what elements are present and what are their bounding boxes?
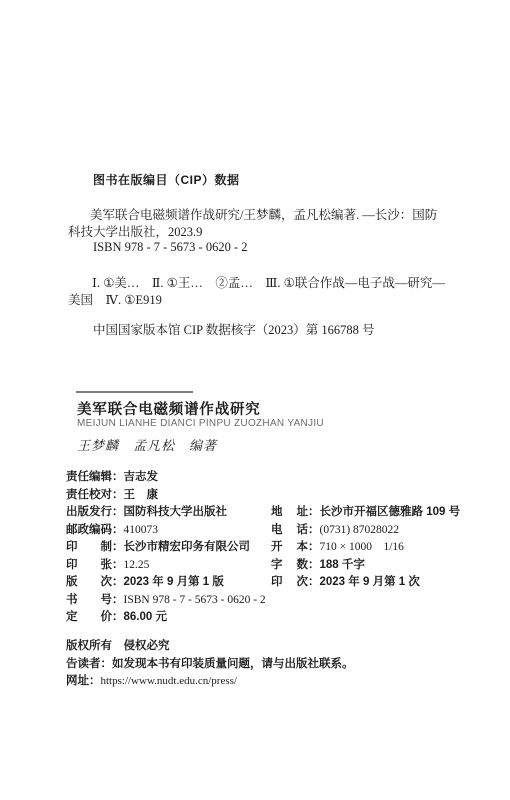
row-colon: ：	[112, 471, 124, 483]
row-label: 字数	[271, 557, 308, 575]
row-value: ISBN 978 - 7 - 5673 - 0620 - 2	[124, 594, 266, 606]
row-colon: ：	[308, 541, 320, 553]
row-label: 印制	[66, 539, 112, 557]
row-label: 邮政编码	[66, 522, 112, 540]
row-label: 电话	[271, 522, 308, 540]
row-value: 长沙市精宏印务有限公司	[124, 541, 251, 553]
row-colon: ：	[112, 506, 124, 518]
row-colon: ：	[112, 541, 124, 553]
row-value: 86.00 元	[124, 611, 167, 623]
cip-registry-number: 中国国家版本馆 CIP 数据核字（2023）第 166788 号	[93, 320, 375, 338]
colophon-row: 印次：2023 年 9 月第 1 次	[271, 574, 460, 592]
row-label: 责任校对	[66, 487, 112, 505]
book-title: 美军联合电磁频谱作战研究	[77, 398, 261, 419]
row-value: 2023 年 9 月第 1 版	[124, 576, 224, 588]
cip-record-line-2: 科技大学出版社，2023.9	[68, 222, 202, 240]
row-colon: ：	[308, 506, 320, 518]
cip-isbn: ISBN 978 - 7 - 5673 - 0620 - 2	[93, 240, 248, 255]
colophon-right-column: 地址：长沙市开福区德雅路 109 号 电话：(0731) 87028022 开本…	[271, 504, 460, 592]
book-authors: 王梦麟 孟凡松 编著	[77, 435, 217, 454]
row-value: 710 × 1000 1/16	[320, 541, 404, 553]
website-line: 网址：https://www.nudt.edu.cn/press/	[66, 673, 354, 691]
colophon-row: 书号：ISBN 978 - 7 - 5673 - 0620 - 2	[66, 592, 266, 610]
colophon-row: 字数：188 千字	[271, 557, 460, 575]
row-label: 开本	[271, 539, 308, 557]
row-colon: ：	[308, 576, 320, 588]
row-label: 书号	[66, 592, 112, 610]
row-label: 地址	[271, 504, 308, 522]
cip-heading: 图书在版编目（CIP）数据	[93, 171, 240, 188]
cip-classification-line-1: Ⅰ. ①美… Ⅱ. ①王… ②孟… Ⅲ. ①联合作战—电子战—研究—	[92, 273, 445, 291]
colophon-row: 邮政编码：410073	[66, 522, 266, 540]
row-colon: ：	[308, 524, 320, 536]
row-label: 出版发行	[66, 504, 112, 522]
cip-record-line-1: 美军联合电磁频谱作战研究/王梦麟，孟凡松编著. —长沙：国防	[90, 205, 437, 223]
colophon-row: 责任编辑：吉志发	[66, 469, 266, 487]
row-colon: ：	[308, 559, 320, 571]
colophon-row: 印制：长沙市精宏印务有限公司	[66, 539, 266, 557]
footer-notices: 版权所有 侵权必究 告读者：如发现本书有印装质量问题，请与出版社联系。 网址：h…	[66, 638, 354, 691]
row-colon: ：	[112, 576, 124, 588]
reader-notice: 告读者：如发现本书有印装质量问题，请与出版社联系。	[66, 656, 354, 674]
row-label: 印张	[66, 557, 112, 575]
book-title-pinyin: MEIJUN LIANHE DIANCI PINPU ZUOZHAN YANJI…	[77, 418, 324, 429]
colophon-row: 责任校对：王 康	[66, 487, 266, 505]
copyright-notice: 版权所有 侵权必究	[66, 638, 354, 656]
row-value: (0731) 87028022	[320, 524, 400, 536]
row-colon: ：	[112, 611, 124, 623]
website-label: 网址：	[66, 675, 101, 687]
row-value: 12.25	[124, 559, 150, 571]
row-label: 定价	[66, 609, 112, 627]
row-value: 吉志发	[124, 471, 159, 483]
row-colon: ：	[112, 524, 124, 536]
colophon-row: 地址：长沙市开福区德雅路 109 号	[271, 504, 460, 522]
colophon-row: 版次：2023 年 9 月第 1 版	[66, 574, 266, 592]
cip-classification-line-2: 美国 Ⅳ. ①E919	[68, 290, 162, 308]
row-value: 长沙市开福区德雅路 109 号	[320, 506, 461, 518]
row-label: 印次	[271, 574, 308, 592]
colophon-row: 出版发行：国防科技大学出版社	[66, 504, 266, 522]
row-value: 188 千字	[320, 559, 365, 571]
website-url: https://www.nudt.edu.cn/press/	[101, 675, 237, 687]
row-colon: ：	[112, 559, 124, 571]
colophon-row: 开本：710 × 1000 1/16	[271, 539, 460, 557]
row-value: 国防科技大学出版社	[124, 506, 228, 518]
colophon-row: 定价：86.00 元	[66, 609, 266, 627]
row-label: 责任编辑	[66, 469, 112, 487]
row-value: 王 康	[124, 489, 159, 501]
colophon-row: 印张：12.25	[66, 557, 266, 575]
title-divider-line	[76, 391, 193, 393]
row-colon: ：	[112, 594, 124, 606]
row-value: 2023 年 9 月第 1 次	[320, 576, 420, 588]
colophon-row: 电话：(0731) 87028022	[271, 522, 460, 540]
row-value: 410073	[124, 524, 159, 536]
row-colon: ：	[112, 489, 124, 501]
colophon-left-column: 责任编辑：吉志发 责任校对：王 康 出版发行：国防科技大学出版社 邮政编码：41…	[66, 469, 266, 627]
row-label: 版次	[66, 574, 112, 592]
